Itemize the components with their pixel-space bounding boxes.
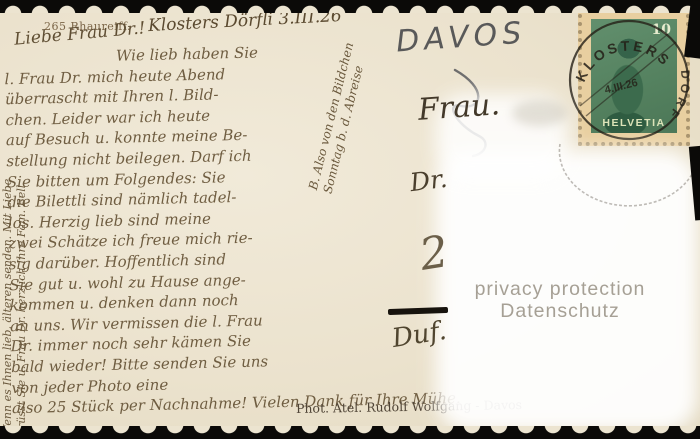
deckle-top-edge	[0, 0, 700, 13]
erased-name-smudge	[512, 100, 568, 126]
postcard-scan: 265 Rhaureiff. Phot. Atel. Rudolf Wolfga…	[0, 0, 700, 439]
svg-text:KLOSTERS: KLOSTERS	[572, 37, 674, 84]
privacy-line-1: privacy protection	[438, 278, 682, 300]
postmark-side: DORF	[664, 70, 692, 124]
postmark-faint-arc-icon	[552, 128, 700, 218]
message-block: Wie lieb haben Siel. Frau Dr. mich heute…	[4, 40, 384, 419]
deckle-bottom-edge	[0, 426, 700, 439]
margin-note-outer: Wenn es Ihnen lieb, älteren senden. Mit …	[1, 6, 14, 436]
postmark-town: KLOSTERS	[572, 37, 674, 84]
margin-note-inner: grüsst Sie u. Frau Dr. herzlich Ihre Fam…	[15, 6, 28, 436]
address-recipient-title: Frau.	[417, 87, 501, 128]
privacy-line-2: Datenschutz	[438, 300, 682, 322]
privacy-watermark: privacy protection Datenschutz	[438, 278, 682, 322]
svg-text:DORF: DORF	[664, 70, 692, 124]
address-recipient-degree: Dr.	[408, 164, 448, 197]
